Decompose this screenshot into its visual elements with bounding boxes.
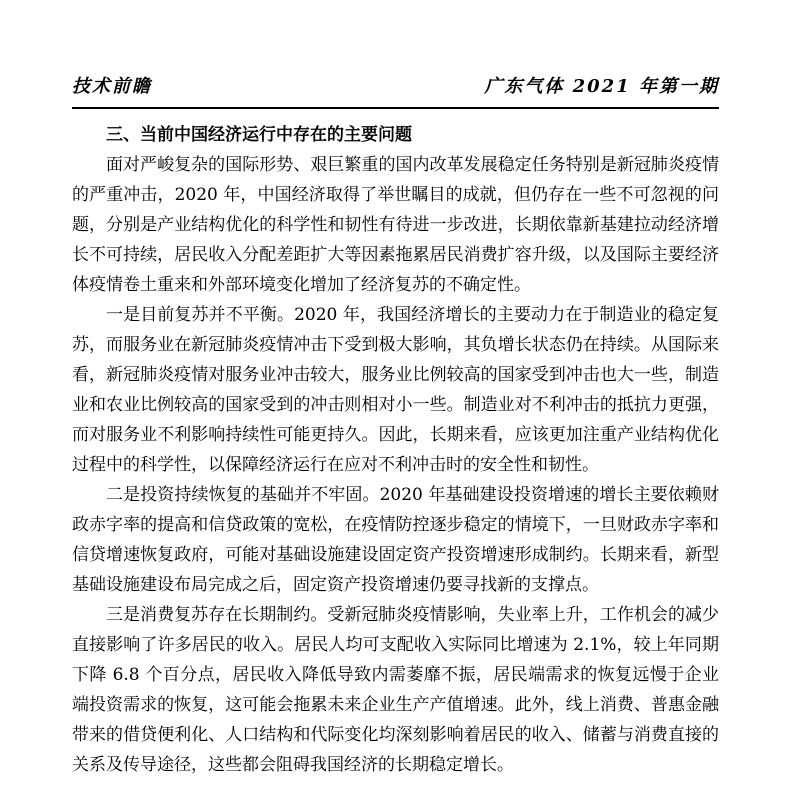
header-divider bbox=[72, 107, 719, 109]
paragraph: 三是消费复苏存在长期制约。受新冠肺炎疫情影响，失业率上升，工作机会的减少直接影响… bbox=[72, 600, 719, 780]
paragraph: 二是投资持续恢复的基础并不牢固。2020 年基础建设投资增速的增长主要依赖财政赤… bbox=[72, 480, 719, 600]
paragraph: 面对严峻复杂的国际形势、艰巨繁重的国内改革发展稳定任务特别是新冠肺炎疫情的严重冲… bbox=[72, 150, 719, 300]
article-paragraphs: 面对严峻复杂的国际形势、艰巨繁重的国内改革发展稳定任务特别是新冠肺炎疫情的严重冲… bbox=[72, 150, 719, 780]
header-section-title: 技术前瞻 bbox=[72, 72, 152, 98]
section-heading: 三、当前中国经济运行中存在的主要问题 bbox=[72, 120, 719, 150]
paragraph: 一是目前复苏并不平衡。2020 年，我国经济增长的主要动力在于制造业的稳定复苏，… bbox=[72, 300, 719, 480]
document-page: 技术前瞻 广东气体 2021 年第一期 三、当前中国经济运行中存在的主要问题 面… bbox=[0, 0, 792, 801]
page-header: 技术前瞻 广东气体 2021 年第一期 bbox=[72, 72, 719, 107]
article-body: 三、当前中国经济运行中存在的主要问题 面对严峻复杂的国际形势、艰巨繁重的国内改革… bbox=[72, 120, 719, 780]
header-issue-title: 广东气体 2021 年第一期 bbox=[484, 72, 719, 98]
